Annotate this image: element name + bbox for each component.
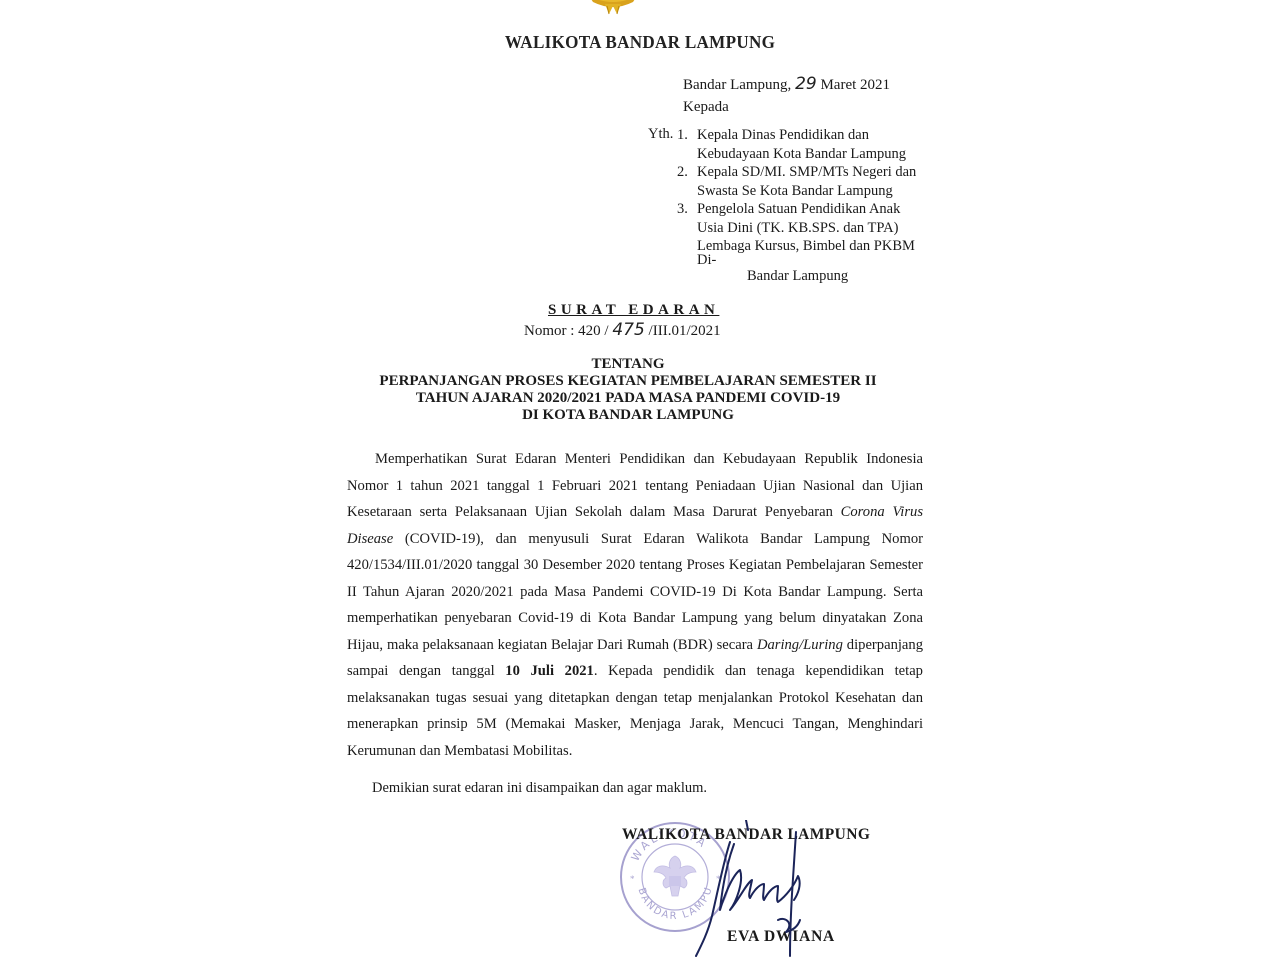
body-paragraph: Memperhatikan Surat Edaran Menteri Pendi… [347, 446, 923, 764]
letterhead-title: WALIKOTA BANDAR LAMPUNG [32, 32, 1248, 53]
deadline-date: 10 Juli 2021 [505, 663, 594, 679]
recipient-item: 1. Kepala Dinas Pendidikan dan Kebudayaa… [677, 126, 947, 163]
di-label: Di- [697, 252, 716, 269]
recipient-list: 1. Kepala Dinas Pendidikan dan Kebudayaa… [677, 126, 947, 256]
subject-line: DI KOTA BANDAR LAMPUNG [0, 407, 1256, 424]
yth-label: Yth. [648, 126, 673, 143]
recipient-item: 2. Kepala SD/MI. SMP/MTs Negeri dan Swas… [677, 163, 947, 200]
circular-number: Nomor : 420 / 475 /III.01/2021 [524, 320, 721, 340]
handwritten-signature-icon [690, 820, 840, 960]
kepada-label: Kepada [683, 99, 729, 116]
document-page: WALIKOTA BANDAR LAMPUNG Bandar Lampung, … [0, 0, 1280, 960]
subject-line: TAHUN AJARAN 2020/2021 PADA MASA PANDEMI… [0, 390, 1256, 407]
addressee-city: Bandar Lampung [747, 268, 848, 285]
date-day-handwritten: 29 [795, 74, 817, 94]
date-line: Bandar Lampung, 29 Maret 2021 [683, 74, 890, 94]
subject-line: PERPANJANGAN PROSES KEGIATAN PEMBELAJARA… [0, 373, 1256, 390]
circular-title: SURAT EDARAN [548, 302, 719, 319]
date-month-year: Maret 2021 [820, 77, 890, 93]
subject-label: TENTANG [0, 356, 1256, 373]
garuda-emblem-icon [583, 0, 643, 16]
closing-text: Demikian surat edaran ini disampaikan da… [372, 780, 707, 797]
number-handwritten: 475 [612, 320, 644, 340]
recipient-item: 3. Pengelola Satuan Pendidikan Anak Usia… [677, 200, 947, 256]
date-place: Bandar Lampung, [683, 77, 791, 93]
svg-text:*: * [630, 874, 635, 884]
